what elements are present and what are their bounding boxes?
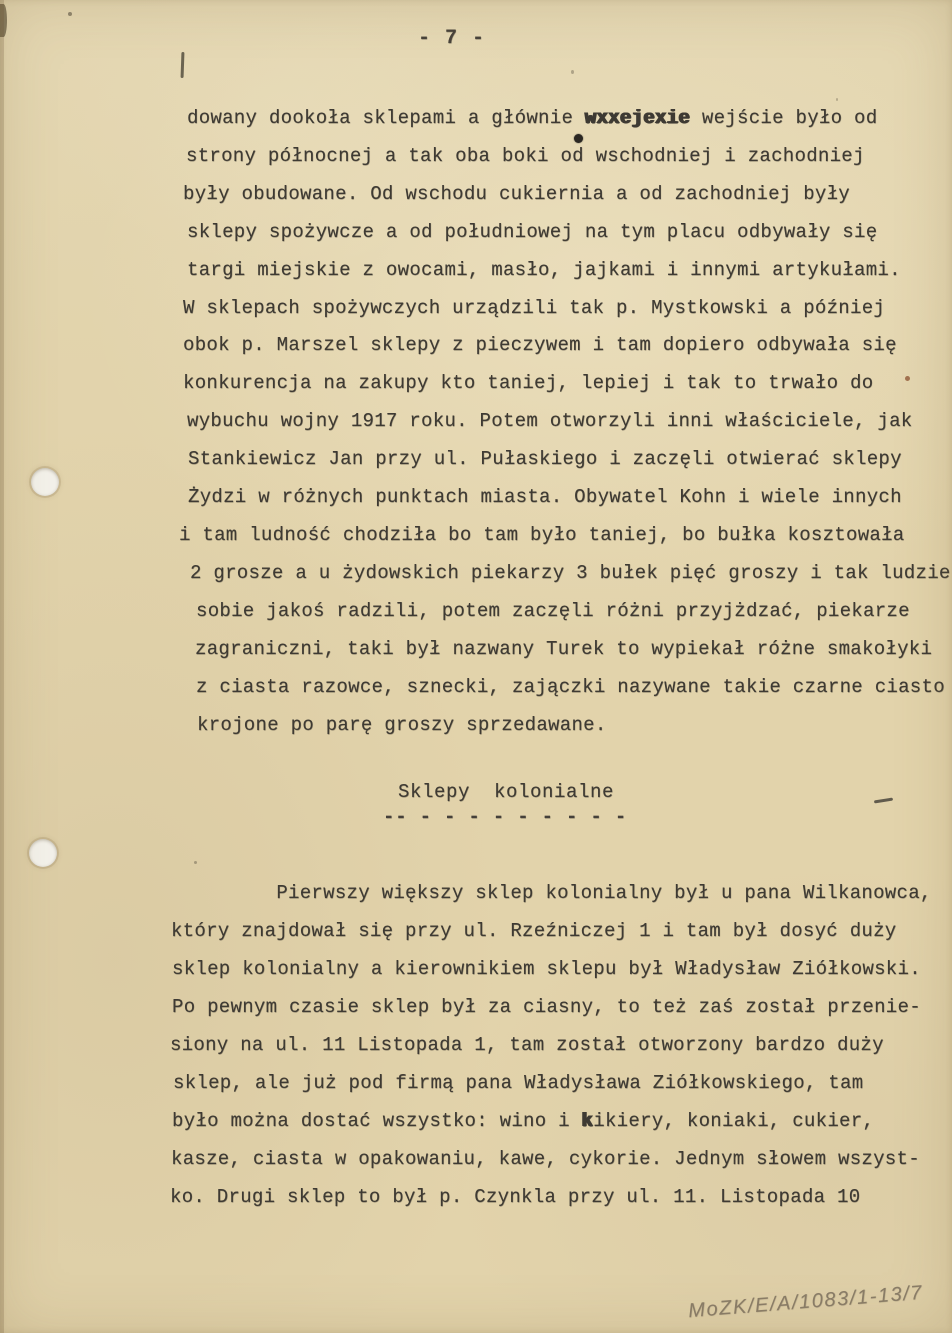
paragraph-bakeries: dowany dookoła sklepami a głównie wxxeje… <box>186 100 951 744</box>
scanned-document-page: - 7 - dowany dookoła sklepami a głównie … <box>0 0 952 1333</box>
typed-line: który znajdował się przy ul. Rzeźniczej … <box>171 912 932 950</box>
typed-line: obok p. Marszel sklepy z pieczywem i tam… <box>183 327 951 365</box>
typed-line: W sklepach spożywczych urządzili tak p. … <box>183 290 951 328</box>
typed-line: sklep, ale już pod firmą pana Władysława… <box>173 1064 932 1102</box>
paragraph-colonial-shops: Pierwszy większy sklep kolonialny był u … <box>171 874 932 1216</box>
typed-line: ko. Drugi sklep to był p. Czynkla przy u… <box>170 1178 932 1216</box>
typed-line: wybuchu wojny 1917 roku. Potem otworzyli… <box>187 403 951 441</box>
archival-reference-handwriting: MoZK/E/A/1083/1-13/7 <box>687 1282 924 1323</box>
typed-text: ikiery, koniaki, cukier, <box>593 1110 874 1132</box>
typed-line: sklepy spożywcze a od południowej na tym… <box>187 214 951 252</box>
ink-stroke-mark <box>181 52 184 78</box>
paper-speck <box>571 70 574 74</box>
typed-line: zagraniczni, taki był nazwany Turek to w… <box>195 631 951 669</box>
typed-line: strony północnej a tak oba boki od wscho… <box>186 138 951 176</box>
typed-line-with-correction: było można dostać wszystko: wino i kikie… <box>172 1102 932 1140</box>
typed-line: targi miejskie z owocami, masło, jajkami… <box>187 252 951 290</box>
typed-line: Pierwszy większy sklep kolonialny był u … <box>171 874 932 912</box>
overstruck-correction: wxxejexie <box>585 107 690 129</box>
page-number: - 7 - <box>418 27 486 50</box>
typed-line: konkurencja na zakupy kto taniej, lepiej… <box>183 365 951 403</box>
typed-line: siony na ul. 11 Listopada 1, tam został … <box>170 1026 932 1064</box>
typed-text: wejście było od <box>690 107 877 129</box>
typed-line: sklep kolonialny a kierownikiem sklepu b… <box>172 950 932 988</box>
typed-line: 2 grosze a u żydowskich piekarzy 3 bułek… <box>190 555 951 593</box>
typed-line: Żydzi w różnych punktach miasta. Obywate… <box>188 479 951 517</box>
section-heading: Sklepy kolonialne <box>398 781 614 803</box>
typed-line: krojone po parę groszy sprzedawane. <box>197 707 951 745</box>
typed-line: sobie jakoś radzili, potem zaczęli różni… <box>196 593 951 631</box>
paper-speck <box>68 12 72 16</box>
typed-line: były obudowane. Od wschodu cukiernia a o… <box>183 176 951 214</box>
section-heading-underline: -- - - - - - - - - - <box>383 806 627 828</box>
overstruck-correction: k <box>582 1110 594 1132</box>
hole-punch-top <box>31 468 59 496</box>
typed-line: kasze, ciasta w opakowaniu, kawe, cykori… <box>171 1140 932 1178</box>
hole-punch-bottom <box>29 839 57 867</box>
paper-speck <box>194 861 197 864</box>
typed-line-with-correction: dowany dookoła sklepami a głównie wxxeje… <box>187 100 951 138</box>
typed-text: było można dostać wszystko: wino i <box>172 1110 582 1132</box>
typed-line: Po pewnym czasie sklep był za ciasny, to… <box>172 988 932 1026</box>
typed-line: Stankiewicz Jan przy ul. Pułaskiego i za… <box>188 441 951 479</box>
typed-line: i tam ludność chodziła bo tam było tanie… <box>179 517 951 555</box>
page-left-edge-shading <box>0 0 4 1333</box>
typed-text: dowany dookoła sklepami a głównie <box>187 107 585 129</box>
typed-line: z ciasta razowce, sznecki, zajączki nazy… <box>196 669 951 707</box>
margin-dash-mark <box>874 798 893 804</box>
